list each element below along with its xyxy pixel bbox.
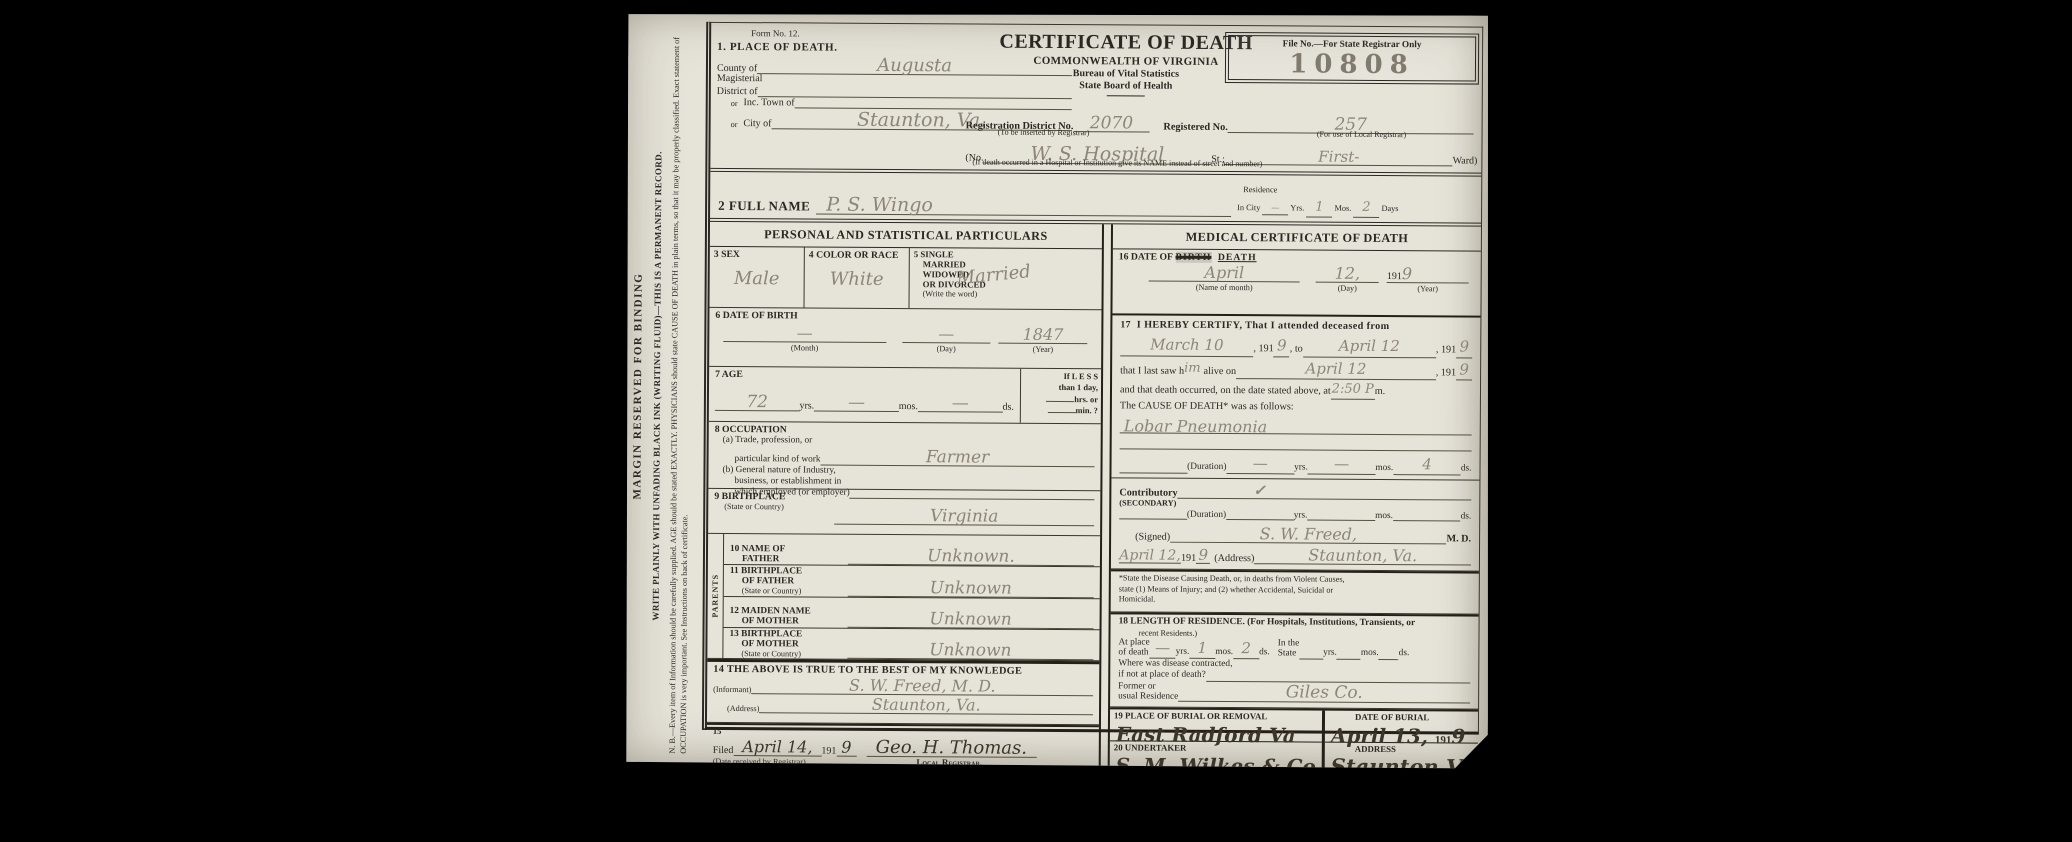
age-label: 7 AGE (715, 369, 1014, 382)
date-of-burial-cell: DATE OF BURIAL April 13, 1919 (1325, 711, 1478, 742)
state-label: State (1278, 648, 1297, 658)
marital-value: Married (956, 261, 1034, 310)
filed-section: 15 Filed April 14, 191 9 Geo. H. Thomas.… (707, 723, 1099, 767)
full-name-value: P. S. Wingo (826, 194, 933, 217)
mother-name-value: Unknown (929, 609, 1011, 630)
mos-field: 2 (1353, 197, 1379, 218)
last-saw-him: im (1184, 359, 1201, 379)
occupation-a2: particular kind of work (735, 454, 821, 465)
place-of-burial-value: East Radford Va (1116, 722, 1296, 747)
attended-from-field: March 10 (1120, 333, 1253, 357)
duration-mos-field: — (1308, 453, 1376, 476)
state-mos-unit: mos. (1361, 648, 1379, 660)
footnote-line-3: Homicidal. (1119, 595, 1471, 608)
full-name-field: P. S. Wingo (816, 194, 1231, 218)
age-yrs-field: 72 (715, 392, 800, 412)
father-bp-label-3: (State or Country) (742, 587, 848, 597)
city-label: City of (743, 118, 771, 129)
age-yrs-unit: yrs. (799, 400, 814, 411)
where-contracted-label-2: if not at place of death? (1118, 670, 1206, 682)
parents-section: PARENTS 10 NAME OFFATHER Unknown. 11 BIR… (707, 534, 1100, 661)
father-bp-label-1: 11 BIRTHPLACE (730, 566, 848, 577)
mother-bp-label-1: 13 BIRTHPLACE (729, 629, 847, 640)
father-name-field: Unknown. (848, 546, 1094, 567)
mother-bp-value: Unknown (929, 640, 1011, 661)
at-mos-value: 1 (1198, 639, 1208, 658)
secondary-ds-unit: ds. (1461, 511, 1472, 521)
footnote-section: *State the Disease Causing Death, or, in… (1111, 569, 1479, 614)
secondary-mos-field (1307, 520, 1375, 521)
race-label: 4 COLOR OR RACE (809, 249, 905, 261)
state-yrs-unit: yrs. (1323, 648, 1337, 660)
medical-header: MEDICAL CERTIFICATE OF DEATH (1113, 224, 1481, 251)
dob-day-value: — (938, 324, 954, 343)
time-field: 2:50 P (1331, 380, 1375, 400)
medical-column: MEDICAL CERTIFICATE OF DEATH 16 DATE OF … (1110, 224, 1481, 773)
signed-address-label: (Address) (1214, 553, 1254, 564)
at-place-label-1: At place (1118, 637, 1149, 647)
date-of-death-struck-word: BIRTH (1175, 252, 1211, 263)
days-label: Days (1381, 203, 1398, 212)
divider-dash (1107, 95, 1145, 96)
signed-year-value: 9 (1198, 546, 1208, 564)
county-value: Augusta (877, 55, 952, 76)
filed-year-value: 9 (841, 738, 851, 757)
certificate-form: Form No. 12. 1. PLACE OF DEATH. County o… (702, 22, 1483, 735)
from-year-value: 9 (1277, 334, 1287, 357)
in-the-label: In the (1278, 638, 1299, 648)
burial-section: 19 PLACE OF BURIAL OR REMOVAL East Radfo… (1110, 707, 1478, 773)
signed-address-field: Staunton, Va. (1254, 545, 1471, 565)
sex-race-marital-row: 3 SEX Male 4 COLOR OR RACE White 5 SINGL… (709, 247, 1101, 310)
age-less-2: than 1 day, (1024, 382, 1098, 394)
burial-year-value: 9 (1451, 724, 1465, 748)
mos-label: Mos. (1334, 203, 1351, 212)
age-ds-unit: ds. (1002, 402, 1013, 413)
filed-date-field: April 14, (733, 737, 821, 757)
father-name-label-2: FATHER (742, 554, 848, 565)
personal-column: PERSONAL AND STATISTICAL PARTICULARS 3 S… (707, 222, 1102, 771)
registrar-field: Geo. H. Thomas. (866, 737, 1036, 758)
mother-name-row: 12 MAIDEN NAMEOF MOTHER Unknown (724, 596, 1100, 629)
yrs-field: 1 (1306, 197, 1332, 218)
at-ds-value: 2 (1241, 639, 1251, 658)
birthplace-note: (State or Country) (724, 502, 834, 512)
cause-line-1: Lobar Pneumonia (1120, 414, 1472, 435)
cause-line-2 (1120, 433, 1472, 451)
parents-label: PARENTS (711, 574, 720, 618)
last-saw-pre: that I last saw h (1120, 363, 1184, 379)
secondary-duration-label: (Duration) (1187, 510, 1226, 520)
mother-bp-label-3: (State or Country) (741, 649, 847, 659)
attended-to-value: April 12 (1339, 335, 1400, 359)
filed-note: (Date received by Registrar) (713, 757, 806, 767)
dob-month-value: — (797, 323, 813, 342)
year-printed-3: , 191 (1436, 365, 1456, 381)
in-city-field: — (1262, 201, 1288, 216)
time-value: 2:50 P (1332, 380, 1374, 400)
at-yrs-field: — (1150, 639, 1176, 659)
dob-day-field: — (902, 324, 991, 344)
birthplace-row: 9 BIRTHPLACE (State or Country) Virginia (708, 489, 1100, 536)
age-yrs-value: 72 (746, 392, 768, 412)
age-mos-value: — (848, 393, 865, 413)
father-birthplace-row: 11 BIRTHPLACEOF FATHER(State or Country)… (724, 565, 1100, 599)
duration-ds-unit: ds. (1461, 462, 1472, 476)
last-saw-post: alive on (1204, 364, 1237, 380)
local-registrar-label: Local Registrar. (806, 756, 1093, 768)
burial-date-text: April 13, (1331, 723, 1428, 748)
yrs-value: 1 (1315, 199, 1323, 214)
burial-year-printed: 191 (1435, 734, 1452, 746)
birthplace-value: Virginia (930, 506, 999, 526)
filed-year-field: 9 (836, 738, 856, 757)
full-name-row: 2 FULL NAME P. S. Wingo Residence In Cit… (710, 168, 1481, 223)
date-of-death-word: DEATH (1218, 252, 1257, 263)
signed-year-printed: 191 (1181, 553, 1196, 564)
date-of-death-row: 16 DATE OF BIRTH DEATH April (Name of mo… (1112, 249, 1480, 317)
to-year-field: 9 (1456, 335, 1472, 358)
filed-year-printed: 191 (821, 746, 836, 757)
contributory-label: Contributory (1119, 487, 1177, 498)
race-value: White (809, 268, 905, 290)
place-of-burial-label: 19 PLACE OF BURIAL OR REMOVAL (1114, 710, 1267, 721)
secondary-duration-line: (Duration) yrs. mos. ds. (1119, 509, 1471, 521)
or-label-1: or (731, 98, 738, 107)
death-day-note: (Day) (1338, 284, 1357, 293)
signed-label: (Signed) (1135, 531, 1170, 542)
informant-label: (Informant) (713, 685, 751, 694)
filed-date-value: April 14, (742, 737, 812, 756)
occupation-row: 8 OCCUPATION (a) Trade, profession, or p… (708, 422, 1100, 491)
signed-field: S. W. Freed, (1170, 524, 1446, 545)
father-name-label-1: 10 NAME OF (730, 544, 848, 555)
death-year-value: 9 (1402, 264, 1412, 283)
father-bp-value: Unknown (930, 578, 1012, 599)
m-label: m. (1375, 384, 1386, 400)
duration-yrs-value: — (1253, 452, 1268, 475)
at-yrs-unit: yrs. (1176, 647, 1190, 659)
age-mos-field: — (814, 393, 899, 413)
informant-value: S. W. Freed, M. D. (849, 676, 996, 696)
residence-block: Residence In City — Yrs. 1 Mos. 2 Days (1237, 184, 1475, 218)
mother-bp-field: Unknown (847, 640, 1093, 661)
registered-no-label: Registered No. (1163, 122, 1228, 133)
screenshot-stage: MARGIN RESERVED FOR BINDING WRITE PLAINL… (0, 0, 2072, 842)
birthplace-label: 9 BIRTHPLACE (714, 491, 834, 503)
mother-birthplace-row: 13 BIRTHPLACEOF MOTHER(State or Country)… (723, 628, 1099, 661)
signed-year-field: 9 (1196, 546, 1210, 564)
on-year-field: 9 (1456, 358, 1472, 381)
state-ds-field (1379, 659, 1399, 660)
secondary-ds-field (1393, 520, 1461, 521)
death-occurred-label: and that death occurred, on the date sta… (1120, 383, 1331, 400)
dob-month-field: — (723, 323, 886, 343)
board-line: State Board of Health (961, 79, 1291, 92)
margin-nb-note: N. B.—Every item of Information should b… (667, 19, 705, 758)
signed-address-value: Staunton, Va. (1308, 546, 1417, 566)
dob-month-note: (Month) (791, 343, 818, 352)
mother-name-field: Unknown (848, 608, 1094, 629)
certify-line-1: I HEREBY CERTIFY, That I attended deceas… (1137, 319, 1390, 332)
to-year-value: 9 (1459, 335, 1469, 358)
father-bp-label-2: OF FATHER (742, 576, 848, 587)
street-note: (If death occurred in a Hospital or Inst… (972, 157, 1477, 169)
signed-date-field: April 12, (1119, 547, 1181, 563)
duration-label: (Duration) (1187, 460, 1226, 475)
signed-date-value: April 12, (1119, 547, 1181, 563)
in-city-label: In City (1237, 203, 1260, 212)
place-of-burial-cell: 19 PLACE OF BURIAL OR REMOVAL East Radfo… (1110, 709, 1322, 741)
age-row: 7 AGE 72 yrs. — mos. — ds. If L E S S th… (709, 367, 1101, 424)
duration-mos-unit: mos. (1375, 461, 1393, 476)
death-month-note: (Name of month) (1196, 283, 1253, 292)
death-month-value: April (1204, 263, 1244, 282)
dob-year-value: 1847 (1023, 325, 1064, 344)
former-label-1: Former or (1118, 681, 1155, 691)
age-ds-value: — (952, 393, 969, 413)
death-certificate-scan: MARGIN RESERVED FOR BINDING WRITE PLAINL… (624, 10, 1493, 768)
binding-margin: MARGIN RESERVED FOR BINDING WRITE PLAINL… (630, 18, 704, 753)
duration-lead-blank (1119, 473, 1187, 474)
date-of-death-label: 16 DATE OF (1119, 251, 1173, 262)
death-year-field: 1919 (1387, 264, 1469, 283)
duration-yrs-unit: yrs. (1294, 461, 1308, 475)
former-residence-field: Giles Co. (1178, 682, 1470, 704)
death-day-value: 12, (1335, 264, 1361, 283)
to-label: , to (1290, 341, 1303, 357)
undertaker-address-value: Staunton Va. (1331, 754, 1482, 780)
or-label-2: or (731, 119, 738, 128)
age-less-4: min. ? (1076, 406, 1098, 415)
personal-header: PERSONAL AND STATISTICAL PARTICULARS (710, 222, 1102, 249)
on-year-value: 9 (1459, 358, 1469, 381)
at-yrs-value: — (1155, 639, 1170, 658)
in-city-value: — (1271, 202, 1279, 212)
mos-value: 2 (1362, 199, 1370, 214)
filed-label: Filed (713, 745, 734, 756)
father-name-row: 10 NAME OFFATHER Unknown. (724, 534, 1100, 567)
informant-address-label: (Address) (727, 704, 759, 713)
occupation-a-value: Farmer (926, 447, 989, 467)
attended-from-value: March 10 (1150, 333, 1224, 357)
saw-on-value: April 12 (1305, 357, 1366, 381)
secondary-mos-unit: mos. (1375, 511, 1393, 521)
at-place-label-2: of death (1118, 647, 1148, 657)
informant-field: S. W. Freed, M. D. (751, 675, 1093, 696)
state-mos-field (1337, 658, 1361, 659)
age-ds-field: — (918, 393, 1003, 413)
informant-address-field: Staunton, Va. (759, 694, 1093, 715)
age-less-3: hrs. or (1074, 395, 1098, 404)
date-of-burial-label: DATE OF BURIAL (1355, 712, 1429, 722)
yrs-label: Yrs. (1290, 203, 1304, 212)
registration-district-note: (To be inserted by Registrar) (969, 127, 1119, 137)
former-label-2: usual Residence (1118, 691, 1178, 701)
dob-year-note: (Year) (1033, 345, 1054, 354)
registrar-value: Geo. H. Thomas. (876, 737, 1027, 759)
mother-name-label-1: 12 MAIDEN NAME (730, 606, 848, 617)
file-number-box: File No.—For State Registrar Only 10808 (1228, 35, 1476, 82)
duration-line: (Duration) — yrs. — mos. 4 ds. (1119, 451, 1471, 476)
year-printed-2: , 191 (1436, 342, 1456, 358)
form-header: Form No. 12. 1. PLACE OF DEATH. County o… (710, 23, 1482, 173)
from-year-field: 9 (1274, 334, 1290, 357)
at-mos-field: 1 (1189, 639, 1215, 659)
occupation-a-field: Farmer (821, 447, 1095, 468)
at-ds-field: 2 (1233, 639, 1259, 659)
attended-to-field: April 12 (1303, 334, 1436, 358)
town-label: Inc. Town of (744, 97, 795, 108)
secondary-yrs-unit: yrs. (1294, 510, 1308, 520)
dob-day-note: (Day) (937, 344, 956, 353)
district-label: District of (717, 85, 758, 96)
sex-value: Male (714, 268, 800, 290)
dob-label: 6 DATE OF BIRTH (715, 310, 1095, 323)
columns: PERSONAL AND STATISTICAL PARTICULARS 3 S… (707, 218, 1481, 774)
duration-mos-value: — (1334, 453, 1349, 476)
full-name-label: 2 FULL NAME (718, 198, 810, 215)
length-of-residence-section: 18 LENGTH OF RESIDENCE. (For Hospitals, … (1110, 612, 1479, 709)
date-of-burial-value: April 13, 1919 (1331, 723, 1466, 748)
informant-section: 14 THE ABOVE IS TRUE TO THE BEST OF MY K… (707, 659, 1099, 725)
signed-value: S. W. Freed, (1260, 524, 1358, 544)
informant-address-value: Staunton, Va. (872, 695, 981, 715)
mother-name-label-2: OF MOTHER (742, 616, 848, 627)
mother-bp-label-2: OF MOTHER (741, 639, 847, 650)
secondary-yrs-field (1226, 519, 1294, 520)
md-label: M. D. (1446, 533, 1471, 544)
age-mos-unit: mos. (899, 401, 918, 412)
date-of-birth-row: 6 DATE OF BIRTH — (Month) — (Day) 1847 ( (709, 308, 1101, 369)
state-yrs-field (1299, 658, 1323, 659)
duration-yrs-field: — (1226, 452, 1294, 475)
birthplace-field: Virginia (834, 506, 1094, 527)
death-year-printed: 191 (1387, 271, 1402, 282)
item17-number: 17 (1120, 319, 1131, 330)
age-less-block: If L E S S than 1 day, hrs. or min. ? (1020, 369, 1101, 423)
at-mos-unit: mos. (1215, 647, 1233, 659)
undertaker-value: S. M. Wilkes & Co. (1116, 753, 1323, 778)
year-printed-1: , 191 (1253, 341, 1273, 357)
death-day-field: 12, (1316, 264, 1379, 283)
father-name-value: Unknown. (927, 546, 1015, 567)
contributory-checkmark: ✓ (1253, 481, 1266, 499)
death-month-field: April (1149, 263, 1300, 283)
at-ds-unit: ds. (1259, 647, 1270, 659)
former-residence-value: Giles Co. (1286, 682, 1363, 704)
death-year-note: (Year) (1417, 284, 1438, 293)
contributory-field: ✓ (1178, 481, 1472, 501)
age-less-1: If L E S S (1024, 371, 1098, 383)
parents-rail: PARENTS (707, 534, 724, 658)
sex-label: 3 SEX (714, 249, 800, 261)
duration-ds-value: 4 (1422, 453, 1432, 476)
father-bp-field: Unknown (848, 577, 1094, 598)
state-ds-unit: ds. (1399, 648, 1410, 660)
registered-no-note: (For use of Local Registrar) (1282, 129, 1442, 139)
duration-ds-field: 4 (1393, 453, 1461, 476)
saw-on-field: April 12 (1236, 357, 1436, 381)
dob-year-field: 1847 (999, 325, 1088, 345)
cause-of-death-value: Lobar Pneumonia (1124, 416, 1268, 436)
file-number-value: 10808 (1233, 51, 1471, 78)
certification-section: 17 I HEREBY CERTIFY, That I attended dec… (1111, 315, 1480, 480)
contributory-section: Contributory ✓ (SECONDARY) (Duration) yr… (1111, 478, 1480, 571)
